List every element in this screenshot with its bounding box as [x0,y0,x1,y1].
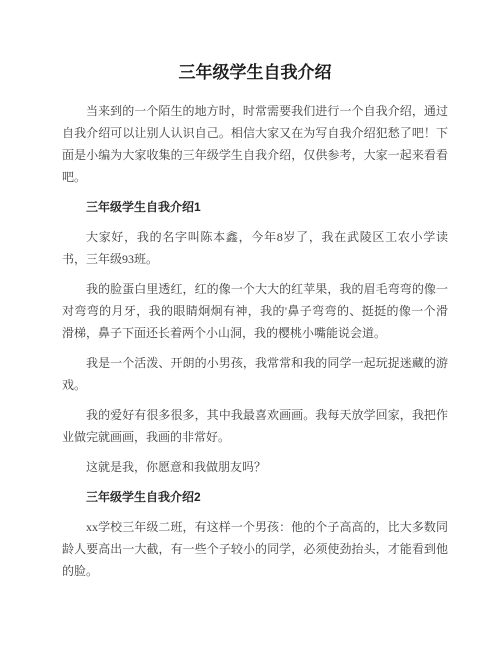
paragraph: 我的爱好有很多很多，其中我最喜欢画画。我每天放学回家，我把作业做完就画画，我画的… [62,404,448,448]
paragraph: 当来到的一个陌生的地方时，时常需要我们进行一个自我介绍，通过自我介绍可以让别人认… [62,100,448,188]
paragraph: 我是一个活泼、开朗的小男孩，我常常和我的同学一起玩捉迷藏的游戏。 [62,352,448,396]
paragraph: 我的脸蛋白里透红，红的像一个大大的红苹果，我的眉毛弯弯的像一对弯弯的月牙，我的眼… [62,278,448,344]
paragraph: 这就是我，你愿意和我做朋友吗？ [62,456,448,478]
paragraph: 大家好，我的名字叫陈本鑫，今年8岁了，我在武陵区工农小学读书，三年级93班。 [62,226,448,270]
document-body: 当来到的一个陌生的地方时，时常需要我们进行一个自我介绍，通过自我介绍可以让别人认… [62,100,448,582]
section-heading: 三年级学生自我介绍2 [62,486,448,508]
page-title: 三年级学生自我介绍 [62,60,448,86]
document-page: 三年级学生自我介绍 当来到的一个陌生的地方时，时常需要我们进行一个自我介绍，通过… [0,0,500,647]
paragraph: xx学校三年级二班，有这样一个男孩：他的个子高高的，比大多数同龄人要高出一大截，… [62,516,448,582]
section-heading: 三年级学生自我介绍1 [62,196,448,218]
